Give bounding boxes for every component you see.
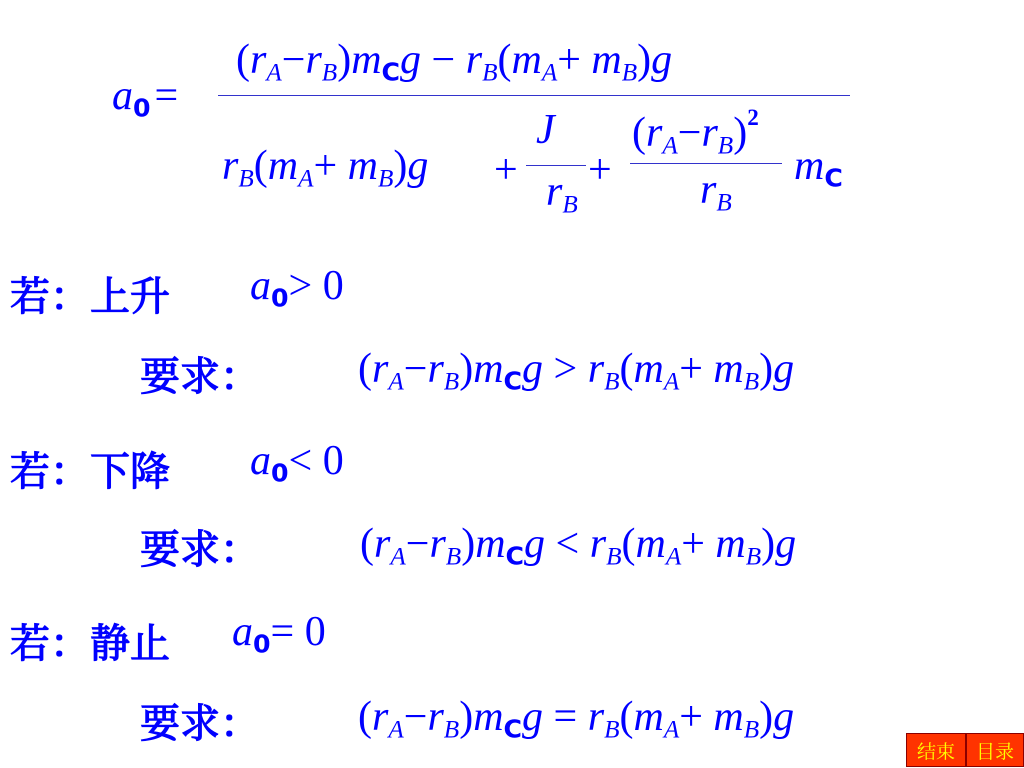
squared-denominator: rB xyxy=(700,166,732,218)
case-fall-label: 若：下降 xyxy=(10,440,170,497)
case-rise-condition: a0> 0 xyxy=(250,262,344,313)
case-fall-requirement-label: 要求： xyxy=(140,518,260,575)
case-rise-requirement-label: 要求： xyxy=(140,345,260,402)
J-numerator: J xyxy=(536,106,555,154)
toc-button[interactable]: 目录 xyxy=(966,733,1024,767)
case-still-requirement: (rA−rB)mCg = rB(mA+ mB)g xyxy=(358,693,794,745)
fraction-bar-J xyxy=(526,165,586,166)
squared-numerator: (rA−rB)2 xyxy=(632,104,759,160)
fraction-bar xyxy=(218,95,850,96)
plus-sign: + xyxy=(588,146,612,194)
case-still-label: 若：静止 xyxy=(10,612,170,669)
formula-denominator-term1: rB(mA+ mB)g xyxy=(222,142,428,194)
formula-lhs: a0= xyxy=(112,72,178,123)
formula-numerator: (rA−rB)mCg − rB(mA+ mB)g xyxy=(236,36,672,88)
case-rise-label: 若：上升 xyxy=(10,265,170,322)
case-fall-requirement: (rA−rB)mCg < rB(mA+ mB)g xyxy=(360,520,796,572)
J-denominator: rB xyxy=(546,168,578,220)
mc-term: mC xyxy=(794,142,843,193)
case-still-condition: a0= 0 xyxy=(232,608,326,659)
end-button[interactable]: 结束 xyxy=(906,733,966,767)
fraction-bar-squared xyxy=(630,163,782,164)
case-fall-condition: a0< 0 xyxy=(250,437,344,488)
case-still-requirement-label: 要求： xyxy=(140,692,260,749)
case-rise-requirement: (rA−rB)mCg > rB(mA+ mB)g xyxy=(358,345,794,397)
plus-sign: + xyxy=(494,146,518,194)
